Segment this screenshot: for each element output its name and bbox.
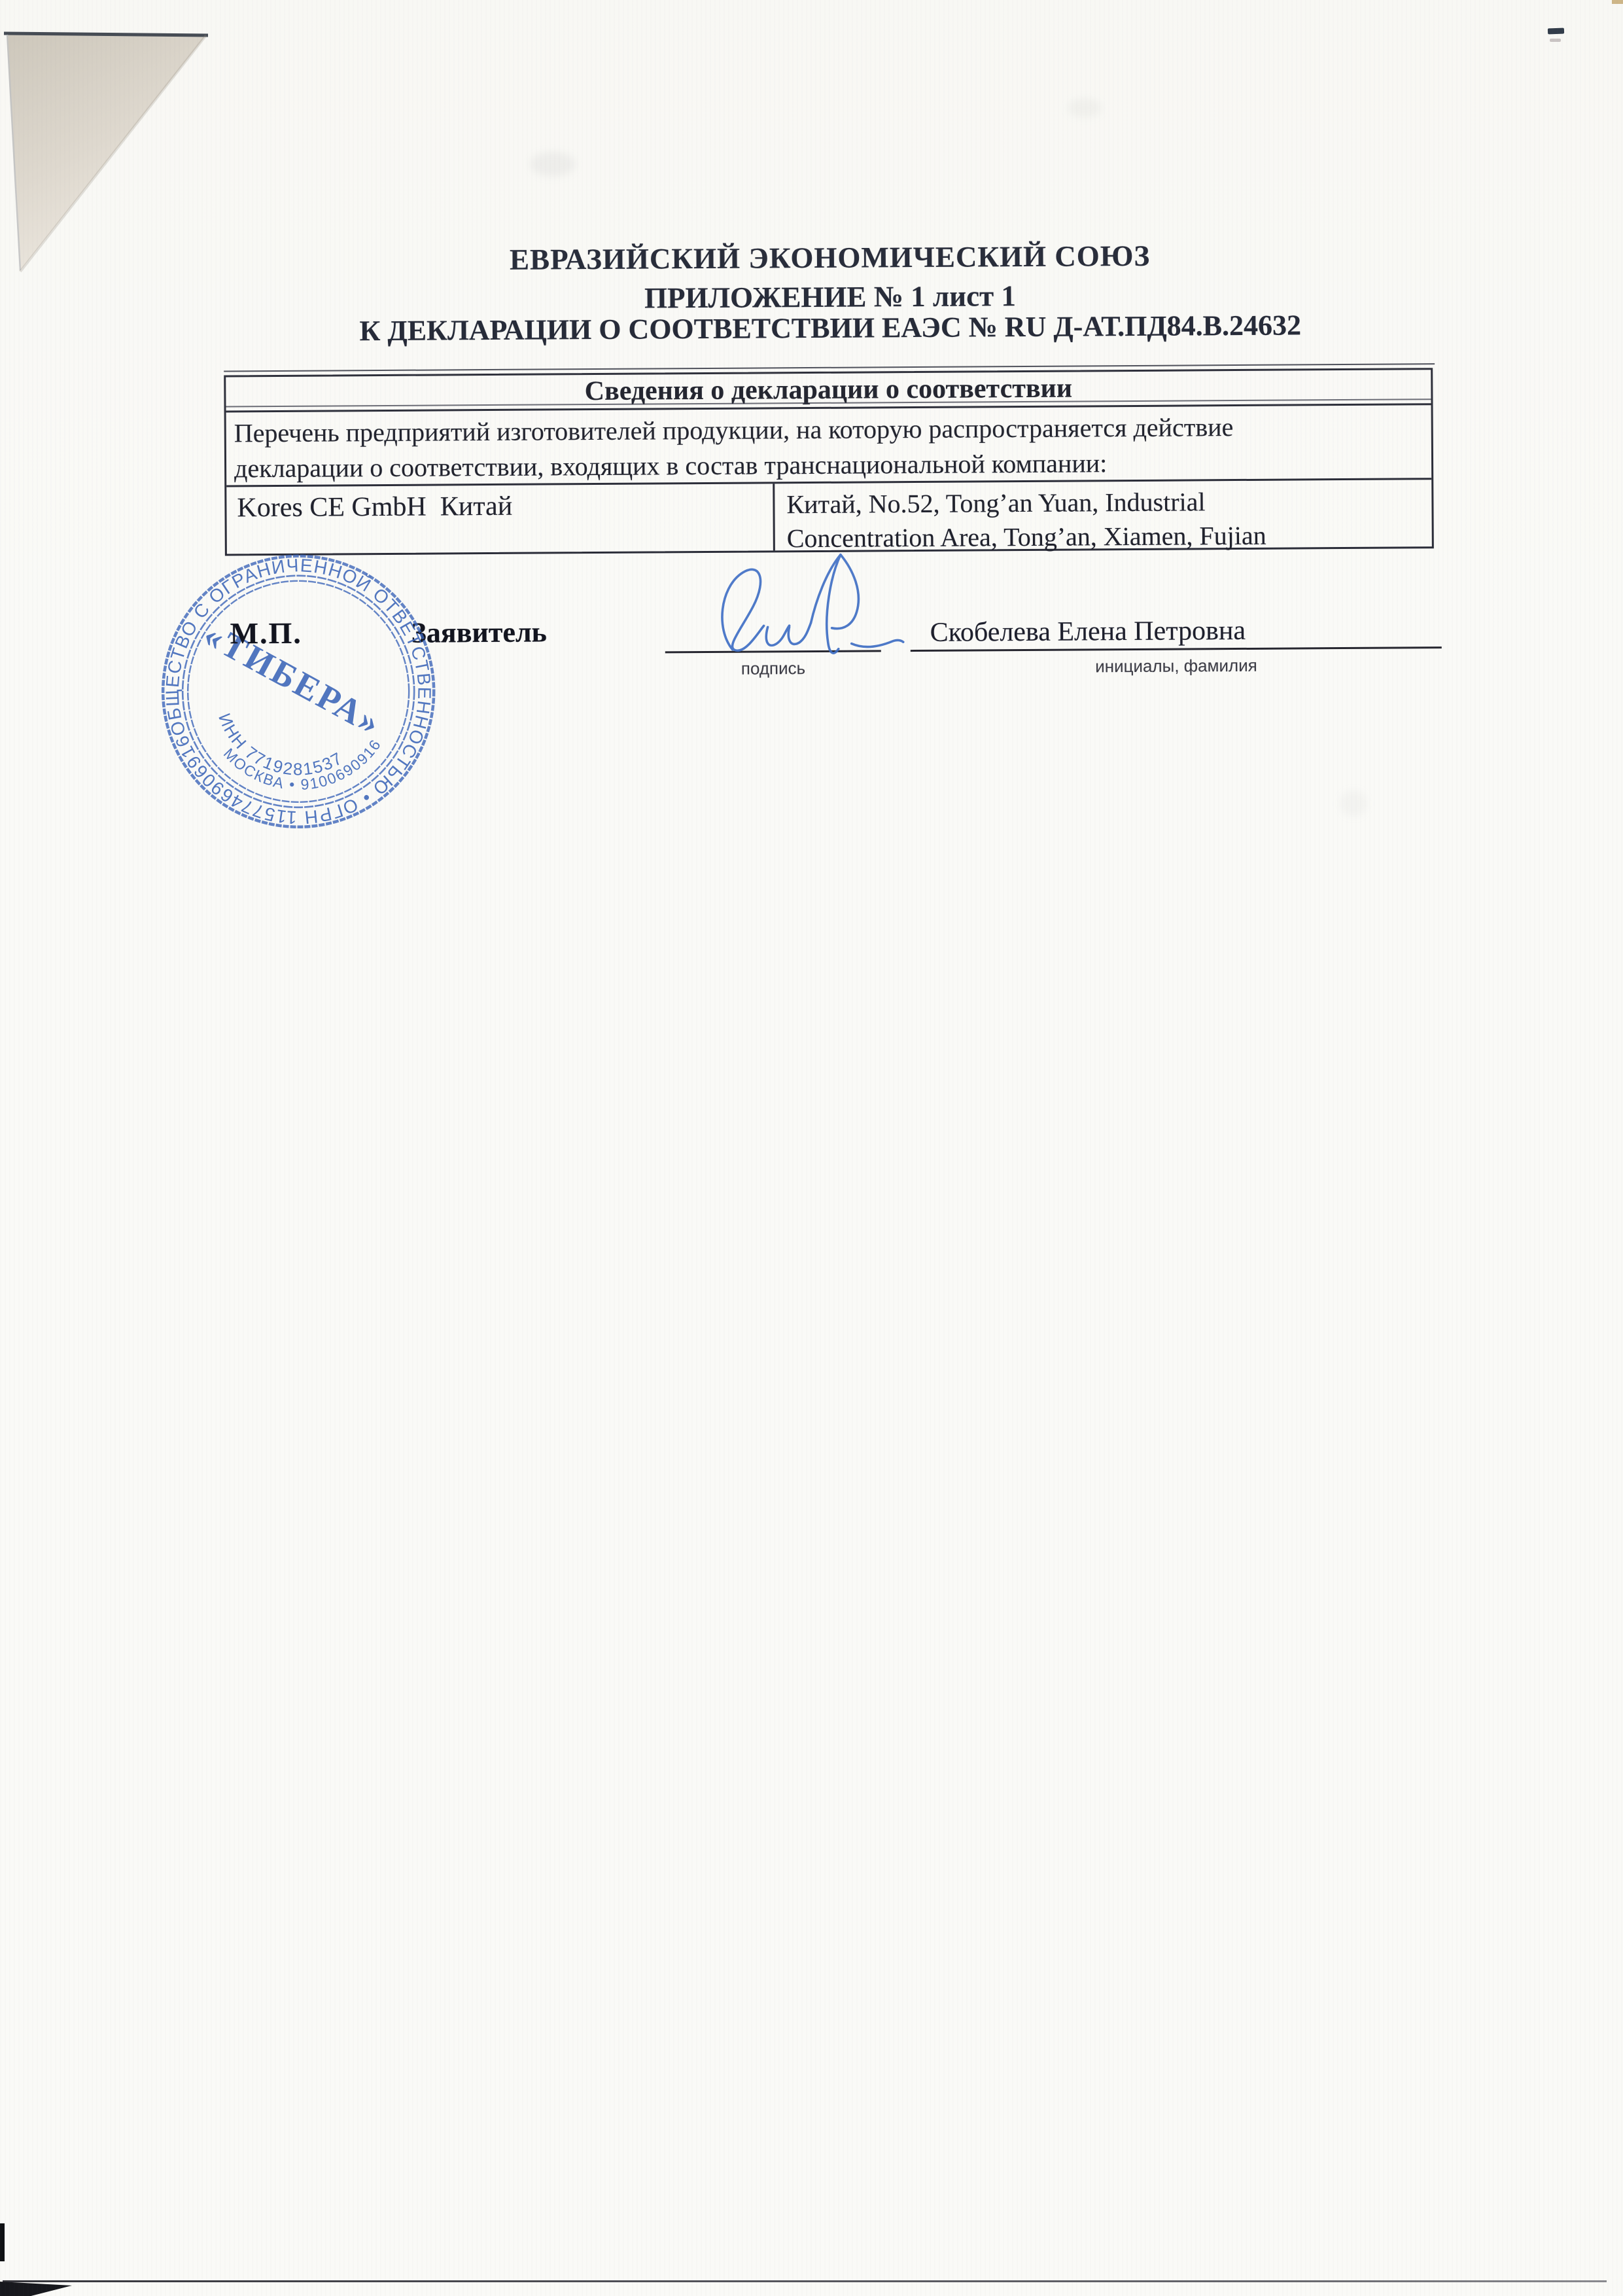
- scan-dash-mark: [1548, 28, 1564, 35]
- scanned-document-page: ЕВРАЗИЙСКИЙ ЭКОНОМИЧЕСКИЙ СОЮЗ ПРИЛОЖЕНИ…: [0, 0, 1623, 2296]
- header-union-title: ЕВРАЗИЙСКИЙ ЭКОНОМИЧЕСКИЙ СОЮЗ: [510, 239, 1150, 277]
- declaration-info-table: Сведения о декларации о соответствии Пер…: [224, 368, 1434, 556]
- manufacturer-address-cell: Китай, No.52, Tong’an Yuan, Industrial C…: [775, 480, 1432, 550]
- stamp-place-mark: М.П.: [230, 616, 302, 651]
- table-description-row: Перечень предприятий изготовителей проду…: [226, 405, 1432, 487]
- page-bottom-edge-line: [3, 2280, 1607, 2282]
- address-line-1: Китай, No.52, Tong’an Yuan, Industrial: [786, 484, 1431, 521]
- header-declaration-number: К ДЕКЛАРАЦИИ О СООТВЕТСТВИИ ЕАЭС № RU Д-…: [359, 308, 1301, 347]
- document-content: ЕВРАЗИЙСКИЙ ЭКОНОМИЧЕСКИЙ СОЮЗ ПРИЛОЖЕНИ…: [0, 0, 1623, 2296]
- left-edge-scan-mark: [0, 2223, 5, 2261]
- table-title-row: Сведения о декларации о соответствии: [226, 370, 1431, 412]
- header-annex-title: ПРИЛОЖЕНИЕ № 1 лист 1: [644, 279, 1016, 315]
- corner-scan-artifact: [1612, 0, 1623, 4]
- company-round-stamp: ОБЩЕСТВО С ОГРАНИЧЕННОЙ ОТВЕТСТВЕННОСТЬЮ…: [144, 535, 453, 845]
- description-line-2: декларации о соответствии, входящих в со…: [234, 444, 1425, 486]
- scan-dash-mark-faint: [1550, 39, 1561, 42]
- name-caption: инициалы, фамилия: [911, 654, 1442, 678]
- signer-name: Скобелева Елена Петровна: [930, 615, 1246, 648]
- handwritten-signature: [655, 549, 956, 669]
- folded-corner-artifact: [0, 26, 216, 281]
